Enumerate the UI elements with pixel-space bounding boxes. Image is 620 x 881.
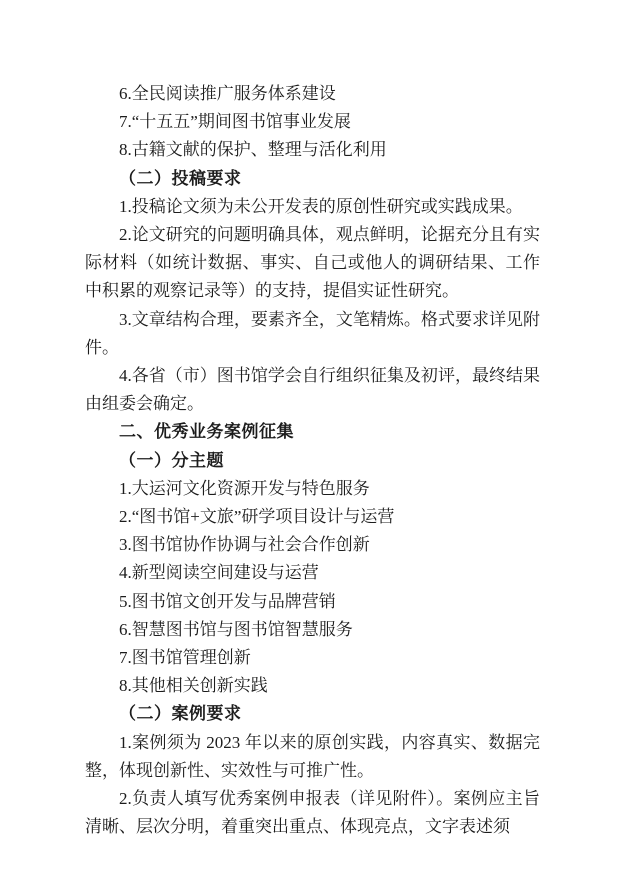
section-heading: （一）分主题 [85, 447, 540, 475]
list-item: 8.其他相关创新实践 [85, 672, 540, 700]
section-heading: （二）投稿要求 [85, 165, 540, 193]
document-page: 6.全民阅读推广服务体系建设 7.“十五五”期间图书馆事业发展 8.古籍文献的保… [0, 0, 620, 881]
body-paragraph: 1.投稿论文须为未公开发表的原创性研究或实践成果。 [85, 193, 540, 221]
body-paragraph: 4.各省（市）图书馆学会自行组织征集及初评，最终结果由组委会确定。 [85, 362, 540, 418]
list-item: 2.“图书馆+文旅”研学项目设计与运营 [85, 503, 540, 531]
body-paragraph: 2.论文研究的问题明确具体，观点鲜明，论据充分且有实际材料（如统计数据、事实、自… [85, 221, 540, 306]
document-content: 6.全民阅读推广服务体系建设 7.“十五五”期间图书馆事业发展 8.古籍文献的保… [85, 80, 540, 841]
chapter-heading: 二、优秀业务案例征集 [85, 418, 540, 446]
list-item: 4.新型阅读空间建设与运营 [85, 559, 540, 587]
body-paragraph: 1.案例须为 2023 年以来的原创实践，内容真实、数据完整，体现创新性、实效性… [85, 729, 540, 785]
list-item: 5.图书馆文创开发与品牌营销 [85, 588, 540, 616]
section-heading: （二）案例要求 [85, 700, 540, 728]
list-item: 1.大运河文化资源开发与特色服务 [85, 475, 540, 503]
body-paragraph: 3.文章结构合理，要素齐全，文笔精炼。格式要求详见附件。 [85, 306, 540, 362]
list-item: 3.图书馆协作协调与社会合作创新 [85, 531, 540, 559]
list-item: 7.图书馆管理创新 [85, 644, 540, 672]
list-item: 6.智慧图书馆与图书馆智慧服务 [85, 616, 540, 644]
list-item: 6.全民阅读推广服务体系建设 [85, 80, 540, 108]
list-item: 7.“十五五”期间图书馆事业发展 [85, 108, 540, 136]
list-item: 8.古籍文献的保护、整理与活化利用 [85, 136, 540, 164]
body-paragraph: 2.负责人填写优秀案例申报表（详见附件）。案例应主旨清晰、层次分明，着重突出重点… [85, 785, 540, 841]
